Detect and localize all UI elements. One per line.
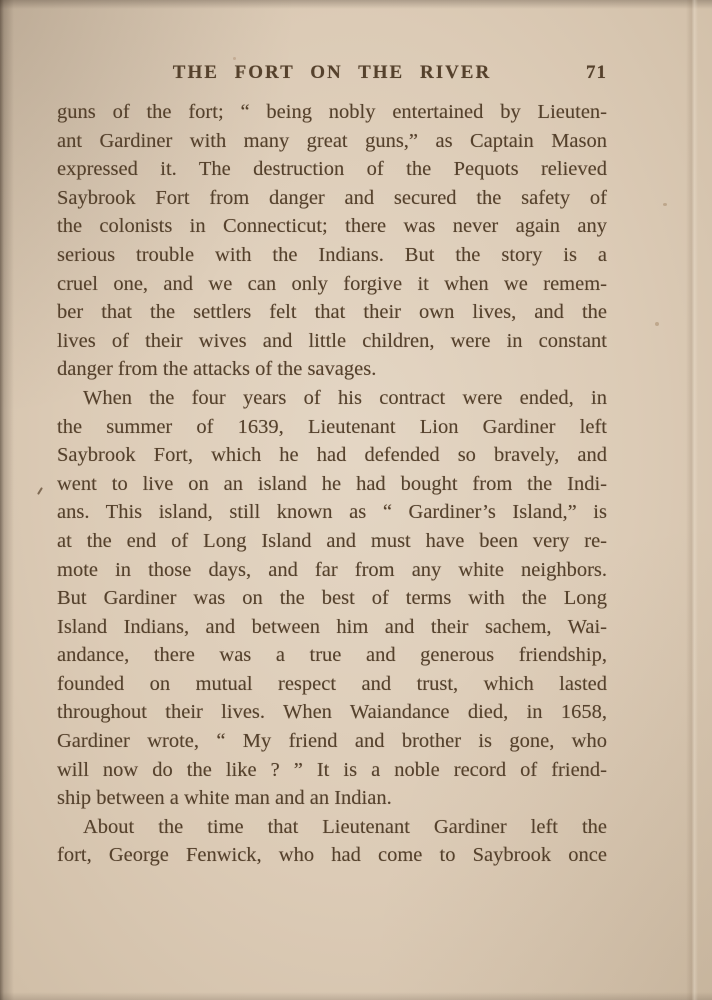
text-line: ans. This island, still known as “ Gardi… <box>57 498 607 527</box>
text-line: When the four years of his contract were… <box>57 384 607 413</box>
text-line: guns of the fort; “ being nobly entertai… <box>57 98 607 127</box>
text-line: danger from the attacks of the savages. <box>57 355 607 384</box>
text-line: expressed it. The destruction of the Peq… <box>57 155 607 184</box>
text-line: andance, there was a true and generous f… <box>57 641 607 670</box>
paragraph: guns of the fort; “ being nobly entertai… <box>57 98 607 384</box>
text-line: ship between a white man and an Indian. <box>57 784 607 813</box>
page-body: guns of the fort; “ being nobly entertai… <box>57 98 607 870</box>
text-line: will now do the like ? ” It is a noble r… <box>57 756 607 785</box>
text-line: Saybrook Fort, which he had defended so … <box>57 441 607 470</box>
page-edge-bottom <box>0 992 712 1000</box>
page-content: THE FORT ON THE RIVER 71 guns of the for… <box>57 60 607 870</box>
text-line: Island Indians, and between him and thei… <box>57 613 607 642</box>
text-line: mote in those days, and far from any whi… <box>57 556 607 585</box>
text-line: at the end of Long Island and must have … <box>57 527 607 556</box>
text-line: Saybrook Fort from danger and secured th… <box>57 184 607 213</box>
text-line: founded on mutual respect and trust, whi… <box>57 670 607 699</box>
paragraph: About the time that Lieutenant Gardiner … <box>57 813 607 870</box>
text-line: lives of their wives and little children… <box>57 327 607 356</box>
paragraph: When the four years of his contract were… <box>57 384 607 813</box>
text-line: ant Gardiner with many great guns,” as C… <box>57 127 607 156</box>
text-line: cruel one, and we can only forgive it wh… <box>57 270 607 299</box>
text-line: ber that the settlers felt that their ow… <box>57 298 607 327</box>
text-line: throughout their lives. When Waiandance … <box>57 698 607 727</box>
text-line: But Gardiner was on the best of terms wi… <box>57 584 607 613</box>
foxing-speck <box>663 203 667 206</box>
foxing-speck <box>655 322 659 326</box>
text-line: Gardiner wrote, “ My friend and brother … <box>57 727 607 756</box>
page-number: 71 <box>586 60 607 86</box>
text-line: the summer of 1639, Lieutenant Lion Gard… <box>57 413 607 442</box>
page-edge-top <box>0 0 712 9</box>
text-line: About the time that Lieutenant Gardiner … <box>57 813 607 842</box>
running-head: THE FORT ON THE RIVER 71 <box>57 60 607 86</box>
page-crease-right <box>686 0 698 1000</box>
text-line: serious trouble with the Indians. But th… <box>57 241 607 270</box>
pen-mark <box>37 487 43 495</box>
text-line: the colonists in Connecticut; there was … <box>57 212 607 241</box>
running-header-title: THE FORT ON THE RIVER <box>57 60 607 86</box>
text-line: fort, George Fenwick, who had come to Sa… <box>57 841 607 870</box>
page-edge-left <box>0 0 14 1000</box>
text-line: went to live on an island he had bought … <box>57 470 607 499</box>
book-page: THE FORT ON THE RIVER 71 guns of the for… <box>0 0 712 1000</box>
